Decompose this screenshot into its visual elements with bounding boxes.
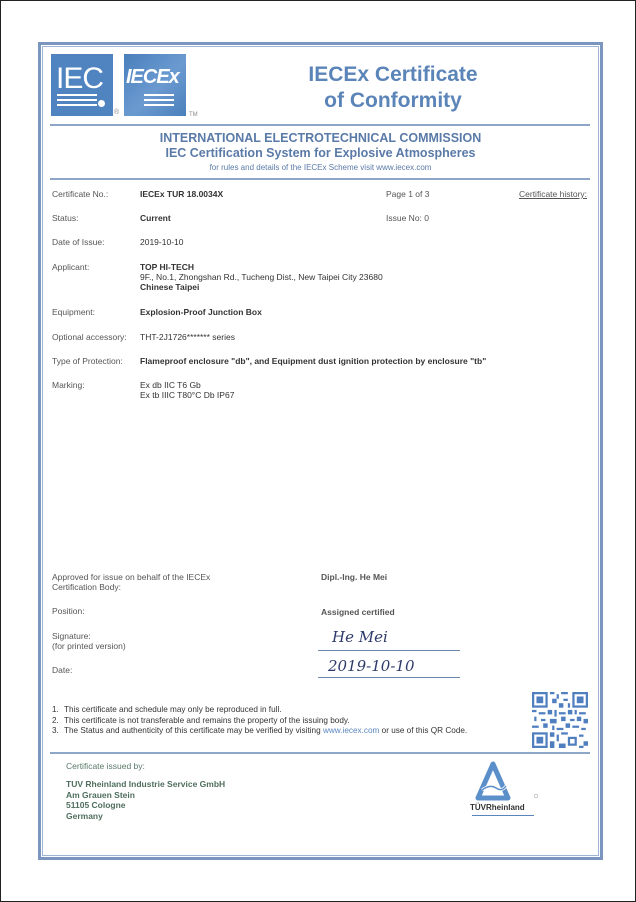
optional-accessory-label: Optional accessory: (52, 332, 127, 342)
note-number: 3. (52, 726, 64, 737)
certificate-history-link[interactable]: Certificate history: (519, 189, 587, 199)
date-label: Date: (52, 665, 72, 675)
handwritten-date: 2019-10-10 (328, 657, 414, 675)
status-label: Status: (52, 213, 78, 223)
position-label: Position: (52, 606, 85, 616)
page-info: Page 1 of 3 (386, 189, 429, 199)
note-text: The Status and authenticity of this cert… (64, 726, 323, 735)
date-of-issue: 2019-10-10 (140, 237, 183, 247)
approved-label: Approved for issue on behalf of the IECE… (52, 572, 210, 592)
note-item: 3.The Status and authenticity of this ce… (52, 726, 467, 737)
certificate-number: IECEx TUR 18.0034X (140, 189, 223, 199)
approved-label-line-2: Certification Body: (52, 582, 210, 592)
applicant-country: Chinese Taipei (140, 282, 383, 292)
note-number: 1. (52, 705, 64, 716)
iecex-logo: IECEx (124, 54, 186, 116)
equipment-label: Equipment: (52, 307, 95, 317)
note-item: 1.This certificate and schedule may only… (52, 705, 467, 716)
signature-label: Signature: (for printed version) (52, 631, 126, 651)
issue-number: Issue No: 0 (386, 213, 429, 223)
notes-list: 1.This certificate and schedule may only… (52, 705, 467, 737)
issuer-label: Certificate issued by: (66, 761, 145, 771)
iec-logo-lines (57, 91, 97, 106)
approved-label-line-1: Approved for issue on behalf of the IECE… (52, 572, 210, 582)
note-number: 2. (52, 716, 64, 727)
signature-label-line-1: Signature: (52, 631, 126, 641)
registered-mark: ® (114, 109, 119, 116)
applicant-label: Applicant: (52, 262, 89, 272)
position-value: Assigned certified (321, 607, 395, 617)
issuer-address: TUV Rheinland Industrie Service GmbH Am … (66, 779, 225, 821)
header-divider (50, 124, 590, 126)
issuer-street: Am Grauen Stein (66, 790, 225, 801)
note-text: or use of this QR Code. (379, 726, 467, 735)
marking-block: Ex db IIC T6 Gb Ex tb IIIC T80°C Db IP67 (140, 380, 234, 400)
iecex-logo-text: IECEx (126, 66, 179, 89)
note-text: This certificate is not transferable and… (64, 716, 350, 725)
signature-line (318, 650, 460, 651)
status-value: Current (140, 213, 171, 223)
applicant-address: 9F., No.1, Zhongshan Rd., Tucheng Dist.,… (140, 272, 383, 282)
tuv-logo-underline (472, 815, 534, 816)
optional-accessory-value: THT-2J1726******* series (140, 332, 235, 342)
issuer-country: Germany (66, 811, 225, 822)
marking-label: Marking: (52, 380, 85, 390)
certificate-number-label: Certificate No.: (52, 189, 108, 199)
applicant-block: TOP HI-TECH 9F., No.1, Zhongshan Rd., Tu… (140, 262, 383, 292)
trademark-mark: TM (189, 112, 198, 118)
issuer-name: TUV Rheinland Industrie Service GmbH (66, 779, 225, 790)
applicant-name: TOP HI-TECH (140, 262, 383, 272)
approver-name: Dipl.-Ing. He Mei (321, 572, 387, 582)
title-line-2: of Conformity (262, 88, 524, 114)
org-name: INTERNATIONAL ELECTROTECHNICAL COMMISSIO… (42, 131, 599, 145)
iec-logo: IEC (51, 54, 113, 116)
qr-code-icon[interactable] (532, 692, 588, 748)
rules-note: for rules and details of the IECEx Schem… (42, 163, 599, 172)
note-item: 2.This certificate is not transferable a… (52, 716, 467, 727)
system-name: IEC Certification System for Explosive A… (42, 146, 599, 160)
signature-label-line-2: (for printed version) (52, 641, 126, 651)
date-line (318, 677, 460, 678)
details-divider (50, 178, 590, 180)
title-line-1: IECEx Certificate (262, 62, 524, 88)
issuer-divider (50, 752, 590, 754)
iecex-logo-lines (144, 91, 174, 106)
type-of-protection-label: Type of Protection: (52, 356, 123, 366)
marking-line-1: Ex db IIC T6 Gb (140, 380, 234, 390)
iec-logo-dot (98, 100, 105, 107)
issuer-city: 51105 Cologne (66, 800, 225, 811)
certificate-title: IECEx Certificate of Conformity (262, 62, 524, 114)
tuv-logo-text: TÜVRheinland (470, 803, 525, 812)
equipment-value: Explosion-Proof Junction Box (140, 307, 262, 317)
iecex-website-link[interactable]: www.iecex.com (323, 726, 379, 735)
type-of-protection-value: Flameproof enclosure "db", and Equipment… (140, 356, 486, 366)
marking-line-2: Ex tb IIIC T80°C Db IP67 (140, 390, 234, 400)
handwritten-signature: He Mei (332, 628, 388, 646)
note-text: This certificate and schedule may only b… (64, 705, 282, 714)
date-of-issue-label: Date of Issue: (52, 237, 104, 247)
